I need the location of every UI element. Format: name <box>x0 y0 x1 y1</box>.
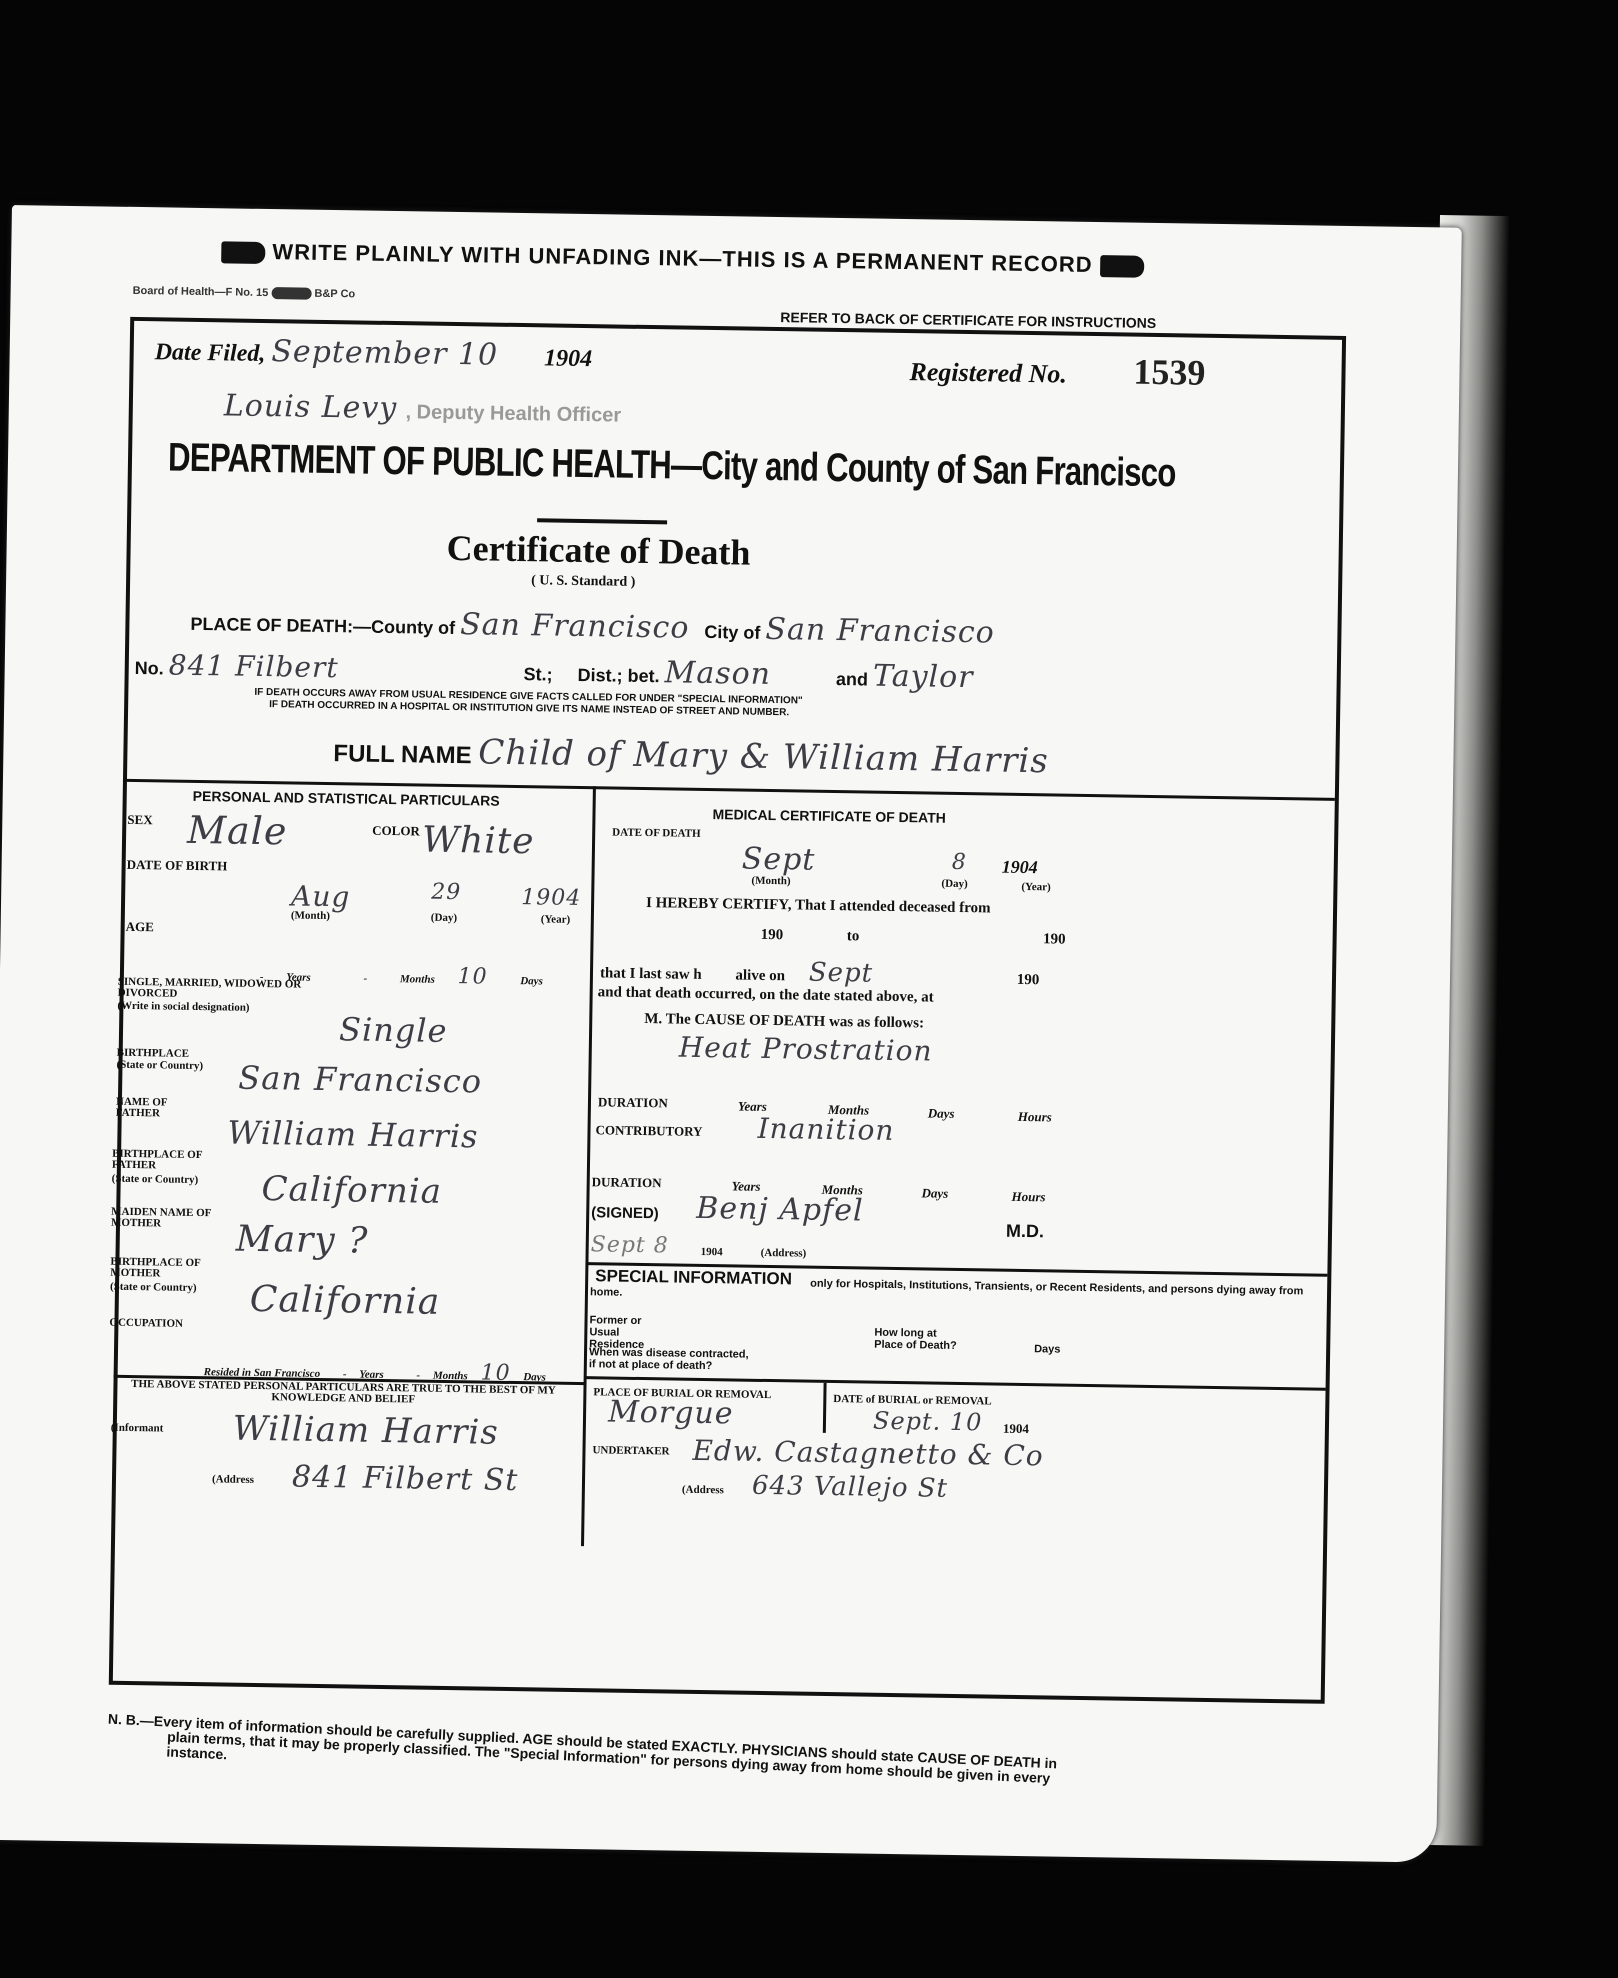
informant-address-label: (Address <box>212 1473 254 1486</box>
mother-label: MAIDEN NAME OF MOTHER <box>111 1207 231 1231</box>
dob-day: 29 <box>431 880 461 905</box>
no-label: No. <box>135 658 164 678</box>
st-label: St.; <box>523 664 552 684</box>
alive-year: 190 <box>1017 972 1040 988</box>
health-officer: Louis Levy , Deputy Health Officer <box>224 388 622 429</box>
banner: WRITE PLAINLY WITH UNFADING INK—THIS IS … <box>221 238 1144 278</box>
month-caption: (Month) <box>291 909 330 922</box>
birthplace-value: San Francisco <box>238 1059 482 1101</box>
dod-month: Sept <box>742 842 816 878</box>
father-value: William Harris <box>227 1114 479 1156</box>
sex-value: Male <box>187 808 288 854</box>
burial-date-label: DATE of BURIAL or REMOVAL <box>833 1393 991 1407</box>
dod-day-caption: (Day) <box>941 878 967 890</box>
physician-address-label: (Address) <box>761 1247 807 1260</box>
burial-place-value: Morgue <box>608 1395 734 1432</box>
marital-label: SINGLE, MARRIED, WIDOWED OR DIVORCED <box>118 977 318 1002</box>
year-caption: (Year) <box>541 913 571 925</box>
age-label: AGE <box>126 919 154 935</box>
to-year: 190 <box>1043 931 1066 947</box>
full-name-label: FULL NAME <box>333 740 472 769</box>
death-certificate-page: WRITE PLAINLY WITH UNFADING INK—THIS IS … <box>0 205 1462 1863</box>
md-label: M.D. <box>1006 1221 1044 1243</box>
undertaker-label: UNDERTAKER <box>592 1444 669 1457</box>
county-value: San Francisco <box>460 607 690 646</box>
birthplace-sub: (State or Country) <box>116 1059 203 1072</box>
duration-label-1: DURATION <box>598 1094 668 1111</box>
signed-year: 1904 <box>701 1246 723 1258</box>
dod-year-caption: (Year) <box>1021 881 1051 893</box>
duration-label-2: DURATION <box>592 1174 662 1191</box>
banner-text: WRITE PLAINLY WITH UNFADING INK—THIS IS … <box>272 239 1093 277</box>
city-label: City of <box>704 622 760 643</box>
marital-value: Single <box>339 1010 448 1050</box>
duration-hours-2: Hours <box>1011 1189 1045 1206</box>
dod-year: 1904 <box>1002 857 1038 879</box>
informant-label: (Informant <box>111 1422 164 1435</box>
how-long-label: How long at Place of Death? <box>874 1327 964 1352</box>
undertaker-address-label: (Address <box>682 1484 724 1497</box>
date-filed: Date Filed, September 10 1904 <box>154 332 592 374</box>
undertaker-address-value: 643 Vallejo St <box>752 1471 948 1504</box>
physician-signature: Benj Apfel <box>696 1191 864 1229</box>
certificate-title: Certificate of Death <box>446 527 750 574</box>
date-filed-value: September 10 <box>271 334 498 373</box>
us-standard: ( U. S. Standard ) <box>531 573 635 591</box>
day-caption: (Day) <box>431 912 457 924</box>
sex-label: SEX <box>127 812 153 828</box>
date-filed-label: Date Filed, <box>155 339 266 367</box>
printer-text: B&P Co <box>314 288 355 301</box>
dob-month: Aug <box>291 879 351 913</box>
form-id: Board of Health—F No. 15 B&P Co <box>133 285 356 301</box>
occupation-label: OCCUPATION <box>109 1317 183 1330</box>
how-long-days: Days <box>1034 1343 1060 1355</box>
mother-value: Mary ? <box>235 1219 368 1262</box>
dod-month-caption: (Month) <box>751 875 790 888</box>
informant-address-value: 841 Filbert St <box>292 1460 519 1499</box>
contributory-value: Inanition <box>757 1112 894 1147</box>
form-id-text: Board of Health—F No. 15 <box>133 285 269 299</box>
officer-title: , Deputy Health Officer <box>405 401 621 426</box>
place-label: PLACE OF DEATH:—County of <box>190 614 455 638</box>
certificate-frame <box>109 317 1346 1704</box>
age-months-caption: Months <box>400 973 435 986</box>
father-birthplace-sub: (State or Country) <box>112 1173 199 1186</box>
age-days-caption: Days <box>520 975 543 987</box>
dob-label: DATE OF BIRTH <box>127 857 228 875</box>
street-value: 841 Filbert <box>169 649 339 685</box>
dod-label: DATE OF DEATH <box>612 827 701 840</box>
signed-label: (SIGNED) <box>591 1204 659 1222</box>
mother-birthplace-sub: (State or Country) <box>110 1281 197 1294</box>
burial-year: 1904 <box>1003 1421 1029 1437</box>
contributory-label: CONTRIBUTORY <box>595 1122 702 1140</box>
pointing-hand-icon <box>1100 255 1144 278</box>
registered-value: 1539 <box>1133 352 1206 393</box>
father-birthplace-label: BIRTHPLACE OF FATHER <box>112 1149 222 1173</box>
to-label: to <box>847 928 860 944</box>
alive-on-label: alive on <box>735 967 785 984</box>
between-street-1: Mason <box>664 655 771 692</box>
duration-hours-1: Hours <box>1018 1109 1052 1126</box>
burial-date-value: Sept. 10 <box>873 1407 983 1437</box>
birthplace-label: BIRTHPLACE <box>117 1047 190 1060</box>
union-label-icon <box>271 287 311 300</box>
undertaker-value: Edw. Castagnetto & Co <box>692 1434 1044 1473</box>
contracted-label: When was disease contracted, if not at p… <box>589 1346 749 1373</box>
nb-footnote: N. B.—Every item of information should b… <box>106 1712 1067 1802</box>
registered-no: Registered No. 1539 <box>909 347 1206 394</box>
father-label: NAME OF FATHER <box>116 1097 196 1120</box>
informant-value: William Harris <box>232 1409 499 1453</box>
city-value: San Francisco <box>765 612 995 651</box>
dist-label: Dist.; bet. <box>577 665 659 686</box>
pointing-hand-icon <box>221 241 265 264</box>
between-street-2: Taylor <box>873 659 974 696</box>
age-months: - <box>363 973 367 985</box>
last-saw-label: that I last saw h <box>600 965 702 983</box>
cause-value: Heat Prostration <box>679 1031 933 1068</box>
color-label: COLOR <box>372 823 420 840</box>
registered-label: Registered No. <box>909 357 1067 388</box>
color-value: White <box>422 820 535 863</box>
alive-date: Sept <box>809 958 874 989</box>
duration-days-1: Days <box>928 1105 955 1121</box>
father-birthplace-value: California <box>261 1169 442 1212</box>
age-days: 10 <box>457 964 487 989</box>
officer-signature: Louis Levy <box>224 388 398 426</box>
dob-year: 1904 <box>521 885 581 911</box>
and-label: and <box>836 669 868 690</box>
date-filed-year: 1904 <box>544 345 592 372</box>
mother-birthplace-label: BIRTHPLACE OF MOTHER <box>110 1257 210 1281</box>
mother-birthplace-value: California <box>250 1279 441 1323</box>
duration-days-2: Days <box>921 1185 948 1201</box>
dod-day: 8 <box>952 850 967 875</box>
from-year: 190 <box>761 927 784 943</box>
signed-date: Sept 8 <box>591 1232 669 1258</box>
marital-sub: (Write in social designation) <box>117 1000 249 1014</box>
